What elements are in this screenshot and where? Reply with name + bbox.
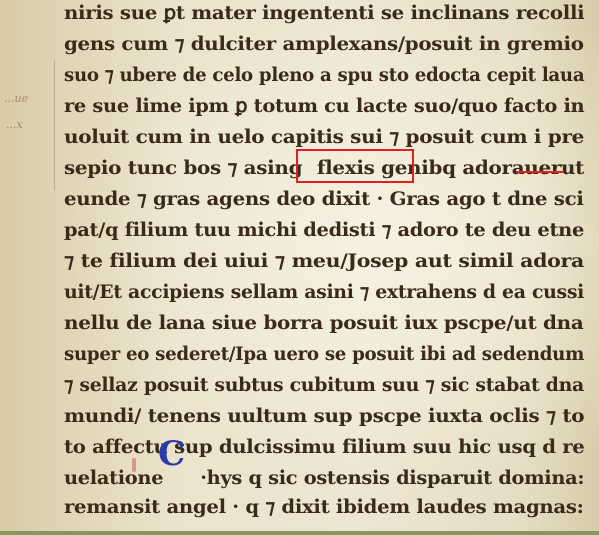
text-line-17: remansit angel · q ⁊ dixit ibidem laudes… xyxy=(64,496,584,518)
text-line-15: to affectu sup dulcissimu filium suu hic… xyxy=(64,436,584,458)
margin-note: ...ue xyxy=(4,92,28,105)
text-line-14: mundi/ tenens uultum sup pscpe iuxta ocl… xyxy=(64,405,584,427)
text-line-2: gens cum ⁊ dulciter amplexans/posuit in … xyxy=(64,33,584,55)
margin-note: ...x xyxy=(6,118,23,131)
text-line-1: niris sue ꝑt mater ingententi se inclina… xyxy=(64,2,584,24)
text-line-3: suo ⁊ ubere de celo pleno a spu sto edoc… xyxy=(64,64,584,86)
text-line-4: re sue lime ipm ꝑ totum cu lacte suo/quo… xyxy=(64,95,584,117)
text-line-5: uoluit cum in uelo capitis sui ⁊ posuit … xyxy=(64,126,584,148)
red-paraph-mark xyxy=(132,458,136,472)
text-line-7: eunde ⁊ gras agens deo dixit · Gras ago … xyxy=(64,188,584,210)
margin-ruling-line xyxy=(54,60,55,190)
highlight-box-flexis-genibus xyxy=(296,149,414,183)
manuscript-page: ...ue ...x niris sue ꝑt mater ingententi… xyxy=(0,0,599,535)
text-line-13: ⁊ sellaz posuit subtus cubitum suu ⁊ sic… xyxy=(64,374,584,396)
text-line-11: nellu de lana siue borra posuit iux pscp… xyxy=(64,312,583,334)
underlined-fragment: uerut xyxy=(524,157,584,179)
text-line-16-rest: ·hys q sic ostensis disparuit domina: xyxy=(200,467,584,489)
text-line-12: super eo sederet/Ipa uero se posuit ibi … xyxy=(64,343,584,365)
text-line-6-start: sepio tunc bos ⁊ asing xyxy=(64,157,302,179)
text-line-16: uelatione ·hys q sic ostensis disparuit … xyxy=(64,467,584,489)
text-line-8: pat/q filium tuu michi dedisti ⁊ adoro t… xyxy=(64,219,584,241)
text-line-16-start: uelatione xyxy=(64,467,170,489)
blue-decorated-initial: C xyxy=(158,436,186,472)
text-line-9: ⁊ te filium dei uiui ⁊ meu/Josep aut sim… xyxy=(64,250,584,272)
highlight-underline-uerut xyxy=(516,171,563,173)
text-line-6-adora: adora xyxy=(456,157,525,179)
text-line-10: uit/Et accipiens sellam asini ⁊ extrahen… xyxy=(64,281,584,303)
